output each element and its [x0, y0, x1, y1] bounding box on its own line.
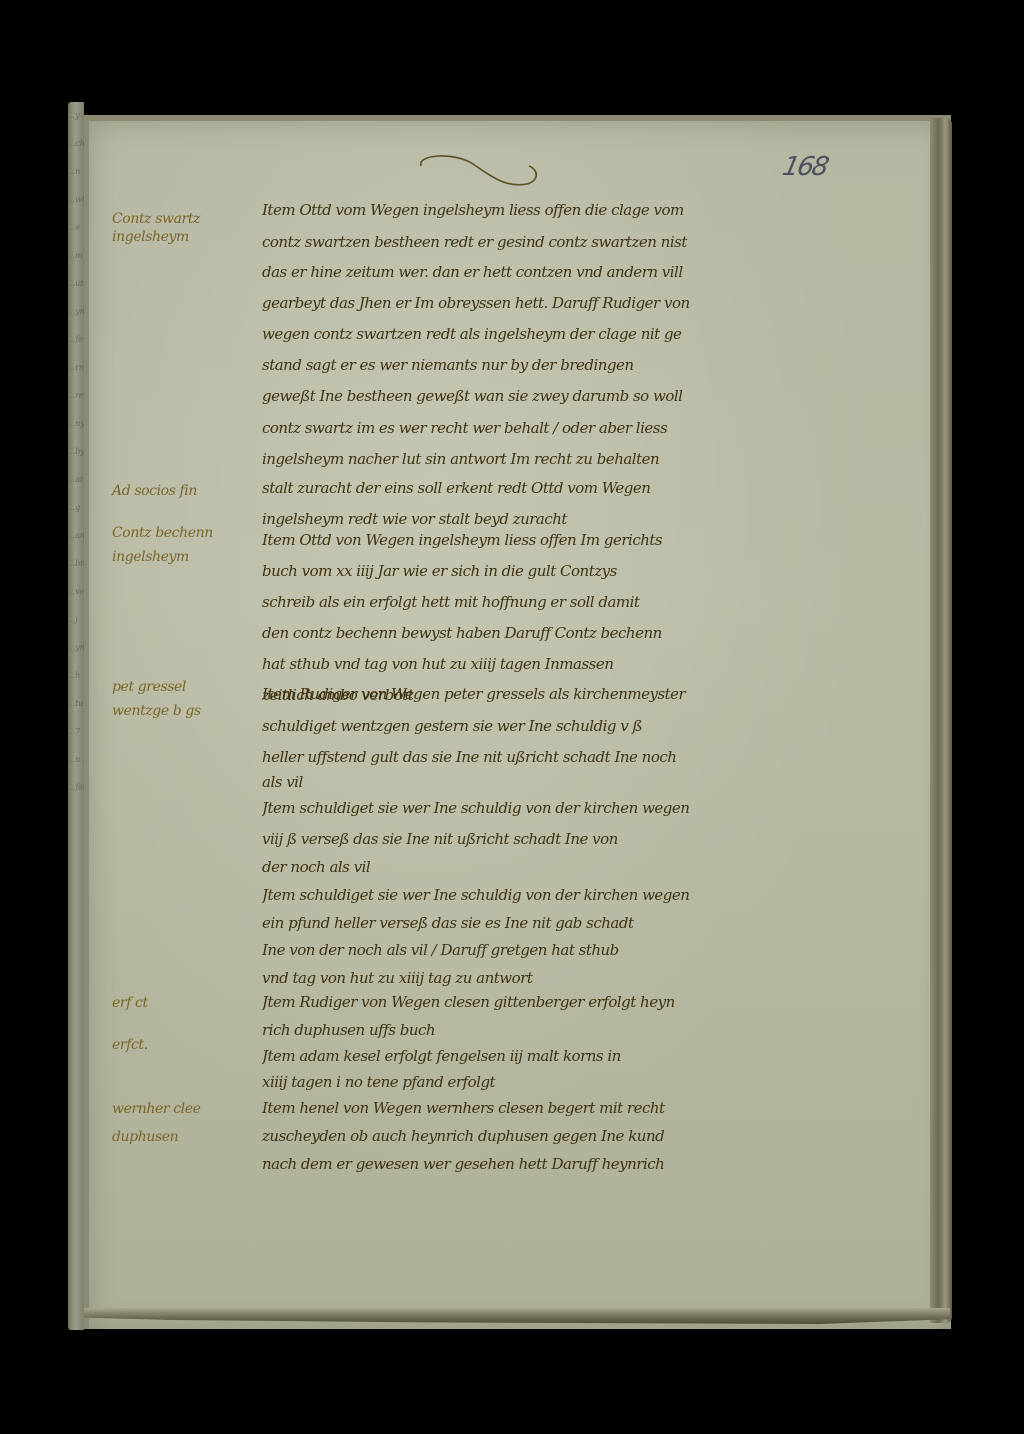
margin-note: wentzge b gs	[112, 700, 262, 722]
manuscript-line: schuldiget wentzgen gestern sie wer Ine …	[262, 716, 912, 736]
manuscript-line: schreib als ein erfolgt hett mit hoffnun…	[262, 592, 912, 612]
page-right-edge	[930, 118, 952, 1323]
spine-bleed-fragment: ..rell	[68, 382, 84, 410]
manuscript-line: zuscheyden ob auch heynrich duphusen geg…	[262, 1126, 912, 1146]
manuscript-line: ein pfund heller verseß das sie es Ine n…	[262, 913, 912, 933]
spine-bleed-fragment: ..ve	[68, 578, 84, 606]
manuscript-line: xiiij tagen i no tene pfand erfolgt	[262, 1072, 912, 1092]
spine-bleed-fragment: ..wt	[68, 186, 84, 214]
spine-bleed-fragment: ..e	[68, 214, 84, 242]
manuscript-line: Ine von der noch als vil / Daruff gretge…	[262, 940, 912, 960]
manuscript-line: gearbeyt das Jhen er Im obreyssen hett. …	[262, 293, 912, 313]
manuscript-line: viij ß verseß das sie Ine nit ußricht sc…	[262, 829, 912, 849]
spine-bleed-fragment: ..by	[68, 438, 84, 466]
manuscript-line: Jtem adam kesel erfolgt fengelsen iij ma…	[262, 1046, 912, 1066]
manuscript-line: Item Rudiger von Wegen peter gressels al…	[262, 684, 912, 704]
spine-bleed-fragment: ..7	[68, 718, 84, 746]
spine-bleed-fragment: ..y	[68, 102, 84, 130]
manuscript-line: contz swartzen bestheen redt er gesind c…	[262, 232, 912, 252]
spine-bleed-fragment: ..ant	[68, 522, 84, 550]
manuscript-line: buch vom xx iiij Jar wie er sich in die …	[262, 561, 912, 581]
folio-number: 168	[780, 152, 830, 182]
spine-bleed-fragment: ..ch	[68, 130, 84, 158]
spine-bleed-fragment: ..j	[68, 606, 84, 634]
manuscript-line: als vil	[262, 772, 912, 792]
manuscript-line: stalt zuracht der eins soll erkent redt …	[262, 478, 912, 498]
manuscript-line: wegen contz swartzen redt als ingelsheym…	[262, 324, 912, 344]
manuscript-line: Item Ottd vom Wegen ingelsheym liess off…	[262, 200, 912, 220]
spine-bleed-fragment: ..tune	[68, 690, 84, 718]
spine-bleed-fragment: ..fen	[68, 774, 84, 802]
margin-note: Contz bechenn	[112, 522, 262, 544]
margin-note: Ad socios fin	[112, 480, 262, 502]
margin-note: pet gressel	[112, 676, 262, 698]
spine-bleed-fragment: ..at	[68, 466, 84, 494]
manuscript-line: Item henel von Wegen wernhers clesen beg…	[262, 1098, 912, 1118]
manuscript-line: der noch als vil	[262, 857, 912, 877]
margin-note: erf ct	[112, 992, 262, 1014]
spine-bleed-fragment: ..n	[68, 158, 84, 186]
margin-note: erfct.	[112, 1034, 262, 1056]
decorative-flourish-icon	[415, 148, 545, 188]
manuscript-line: rich duphusen uffs buch	[262, 1020, 912, 1040]
spine-bleed-through-text: ..y..ch..n..wt..e..m..ut..yn..fe..rnt..r…	[68, 102, 84, 1330]
margin-note: ingelsheym	[112, 546, 262, 568]
manuscript-line: den contz bechenn bewyst haben Daruff Co…	[262, 623, 912, 643]
manuscript-line: Jtem schuldiget sie wer Ine schuldig von…	[262, 885, 912, 905]
spine-bleed-fragment: ..rnt	[68, 354, 84, 382]
spine-bleed-fragment: ..m	[68, 242, 84, 270]
spine-bleed-fragment: ..yn	[68, 634, 84, 662]
spine-bleed-fragment: ..yn	[68, 298, 84, 326]
manuscript-line: vnd tag von hut zu xiiij tag zu antwort	[262, 968, 912, 988]
manuscript-line: stand sagt er es wer niemants nur by der…	[262, 355, 912, 375]
margin-note: ingelsheym	[112, 226, 262, 248]
margin-note: wernher clee	[112, 1098, 262, 1120]
manuscript-line: hat sthub vnd tag von hut zu xiiij tagen…	[262, 654, 912, 674]
manuscript-line: geweßt Ine bestheen geweßt wan sie zwey …	[262, 386, 912, 406]
spine-bleed-fragment: ..n 3	[68, 746, 84, 774]
book-spine: ..y..ch..n..wt..e..m..ut..yn..fe..rnt..r…	[68, 102, 84, 1330]
spine-bleed-fragment: ..h	[68, 662, 84, 690]
spine-bleed-fragment: ..g	[68, 494, 84, 522]
spine-bleed-fragment: ..bnt	[68, 550, 84, 578]
manuscript-line: ingelsheym redt wie vor stalt beyd zurac…	[262, 509, 912, 529]
manuscript-line: Jtem Rudiger von Wegen clesen gittenberg…	[262, 992, 912, 1012]
manuscript-line: das er hine zeitum wer. dan er hett cont…	[262, 262, 912, 282]
manuscript-line: heller uffstend gult das sie Ine nit ußr…	[262, 747, 912, 767]
manuscript-line: nach dem er gewesen wer gesehen hett Dar…	[262, 1154, 912, 1174]
manuscript-line: Item Ottd von Wegen ingelsheym liess off…	[262, 530, 912, 550]
spine-bleed-fragment: ..ny	[68, 410, 84, 438]
spine-bleed-fragment: ..ut	[68, 270, 84, 298]
manuscript-line: contz swartz im es wer recht wer behalt …	[262, 418, 912, 438]
manuscript-line: ingelsheym nacher lut sin antwort Im rec…	[262, 449, 912, 469]
spine-bleed-fragment: ..fe	[68, 326, 84, 354]
manuscript-line: Jtem schuldiget sie wer Ine schuldig von…	[262, 798, 912, 818]
margin-note: duphusen	[112, 1126, 262, 1148]
